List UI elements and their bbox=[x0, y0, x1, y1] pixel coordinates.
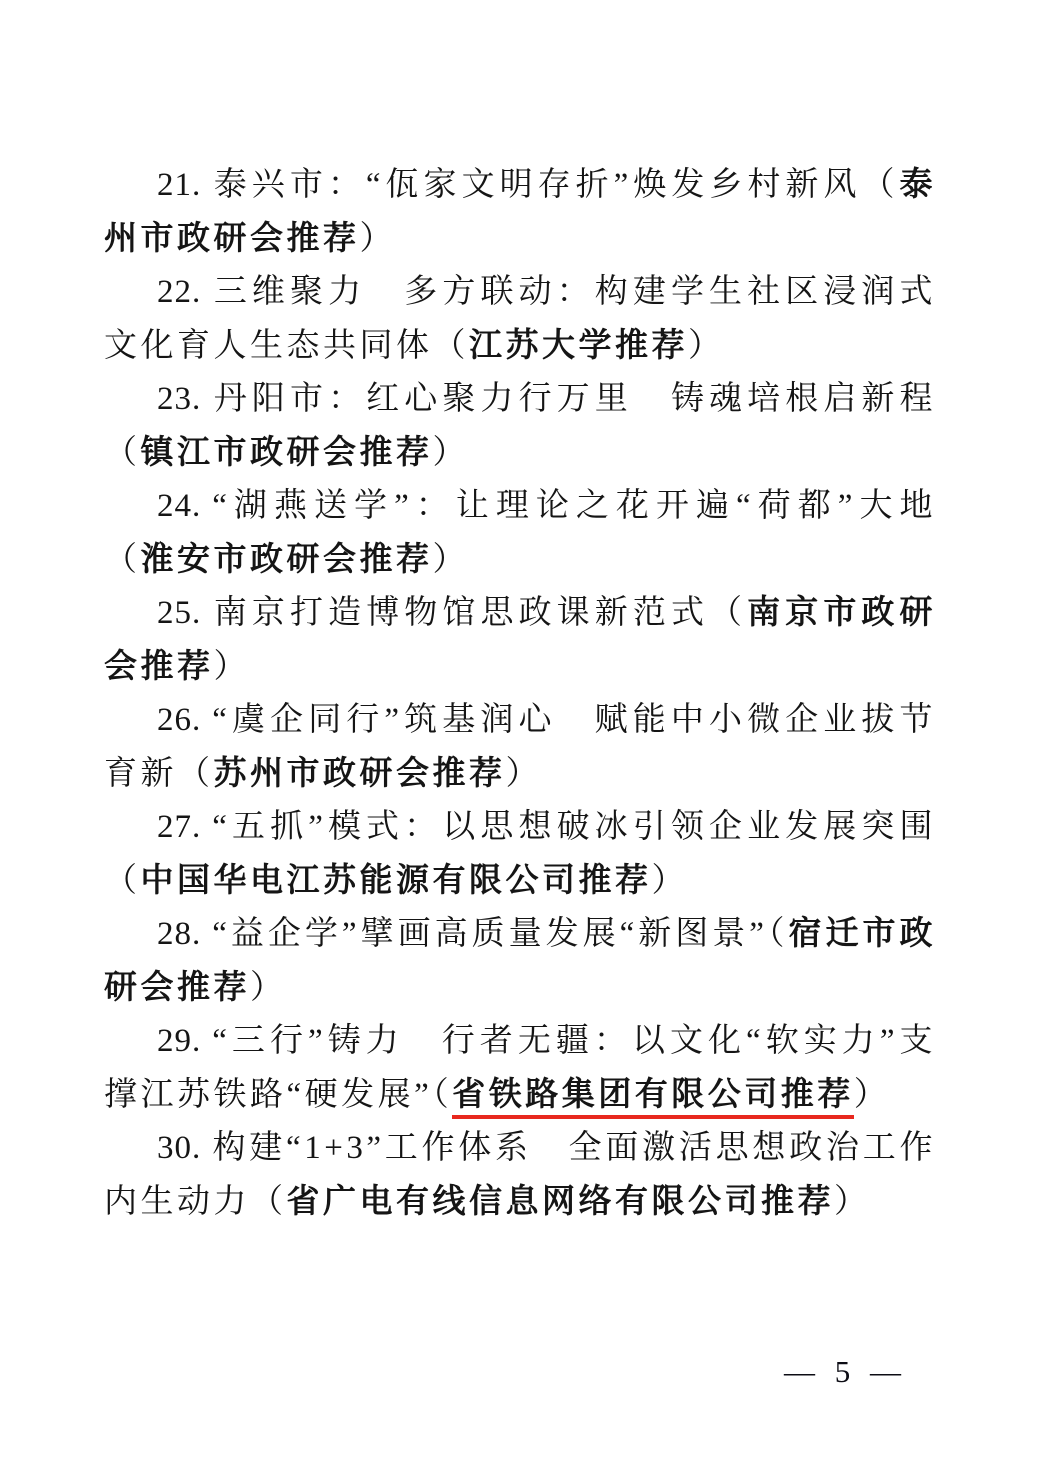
list-item: 29.“三行”铸力 行者无疆：以文化“软实力”支撑江苏铁路“硬发展”（省铁路集团… bbox=[104, 1015, 936, 1122]
item-title: “益企学”擘画高质量发展“新图景” bbox=[212, 916, 767, 952]
item-number: 30. bbox=[157, 1130, 201, 1166]
close-paren-mark: ） bbox=[854, 1077, 891, 1113]
close-paren-mark: ） bbox=[652, 863, 689, 899]
close-paren-mark: ） bbox=[360, 221, 397, 257]
open-paren-mark: （ bbox=[767, 916, 788, 952]
open-paren-mark: （ bbox=[104, 863, 141, 899]
list-item: 21.泰兴市：“佤家文明存折”焕发乡村新风（泰州市政研会推荐） bbox=[104, 159, 936, 266]
document-page: 21.泰兴市：“佤家文明存折”焕发乡村新风（泰州市政研会推荐） 22.三维聚力 … bbox=[0, 0, 1048, 1465]
list-item: 30.构建“1+3”工作体系 全面激活思想政治工作内生动力（省广电有线信息网络有… bbox=[104, 1122, 936, 1229]
item-number: 24. bbox=[157, 488, 201, 524]
item-number: 22. bbox=[157, 274, 201, 310]
open-paren-mark: （ bbox=[104, 542, 141, 578]
item-title: 丹阳市：红心聚力行万里 铸魂培根启新程 bbox=[212, 381, 936, 417]
list-item: 23.丹阳市：红心聚力行万里 铸魂培根启新程（镇江市政研会推荐） bbox=[104, 373, 936, 480]
page-number: — 5 — bbox=[784, 1352, 907, 1392]
list-item: 25.南京打造博物馆思政课新范式（南京市政研会推荐） bbox=[104, 587, 936, 694]
close-paren-mark: ） bbox=[506, 756, 543, 792]
open-paren-mark: （ bbox=[177, 756, 214, 792]
open-paren-mark: （ bbox=[861, 167, 899, 203]
list-item: 27.“五抓”模式：以思想破冰引领企业发展突围（中国华电江苏能源有限公司推荐） bbox=[104, 801, 936, 908]
recommender-name: 中国华电江苏能源有限公司推荐 bbox=[141, 863, 652, 899]
item-number: 26. bbox=[157, 702, 201, 738]
open-paren-mark: （ bbox=[104, 435, 141, 471]
item-number: 23. bbox=[157, 381, 201, 417]
item-number: 21. bbox=[157, 167, 201, 203]
item-title: “五抓”模式：以思想破冰引领企业发展突围 bbox=[212, 809, 936, 845]
list-item: 24.“湖燕送学”：让理论之花开遍“荷都”大地（淮安市政研会推荐） bbox=[104, 480, 936, 587]
list-item: 26.“虞企同行”筑基润心 赋能中小微企业拔节育新（苏州市政研会推荐） bbox=[104, 694, 936, 801]
open-paren-mark: （ bbox=[709, 595, 747, 631]
list-item: 28.“益企学”擘画高质量发展“新图景”（宿迁市政研会推荐） bbox=[104, 908, 936, 1015]
item-number: 25. bbox=[157, 595, 201, 631]
item-number: 28. bbox=[157, 916, 201, 952]
recommender-name: 苏州市政研会推荐 bbox=[214, 756, 506, 792]
open-paren-mark: （ bbox=[250, 1184, 287, 1220]
item-title: 南京打造博物馆思政课新范式 bbox=[212, 595, 709, 631]
close-paren-mark: ） bbox=[834, 1184, 871, 1220]
item-number: 29. bbox=[157, 1023, 201, 1059]
item-title: “湖燕送学”：让理论之花开遍“荷都”大地 bbox=[212, 488, 936, 524]
close-paren-mark: ） bbox=[250, 970, 287, 1006]
recommender-name: 省广电有线信息网络有限公司推荐 bbox=[287, 1184, 835, 1220]
open-paren-mark: （ bbox=[432, 1077, 452, 1113]
close-paren-mark: ） bbox=[214, 649, 251, 685]
recommender-name: 淮安市政研会推荐 bbox=[141, 542, 433, 578]
recommender-name: 省铁路集团有限公司推荐 bbox=[452, 1077, 854, 1119]
recommender-name: 镇江市政研会推荐 bbox=[141, 435, 433, 471]
list-item: 22.三维聚力 多方联动：构建学生社区浸润式文化育人生态共同体（江苏大学推荐） bbox=[104, 266, 936, 373]
item-number: 27. bbox=[157, 809, 201, 845]
recommendation-list: 21.泰兴市：“佤家文明存折”焕发乡村新风（泰州市政研会推荐） 22.三维聚力 … bbox=[104, 159, 936, 1229]
open-paren-mark: （ bbox=[433, 328, 470, 364]
close-paren-mark: ） bbox=[433, 542, 470, 578]
item-title: 泰兴市：“佤家文明存折”焕发乡村新风 bbox=[212, 167, 861, 203]
recommender-name: 江苏大学推荐 bbox=[469, 328, 688, 364]
close-paren-mark: ） bbox=[433, 435, 470, 471]
close-paren-mark: ） bbox=[688, 328, 725, 364]
